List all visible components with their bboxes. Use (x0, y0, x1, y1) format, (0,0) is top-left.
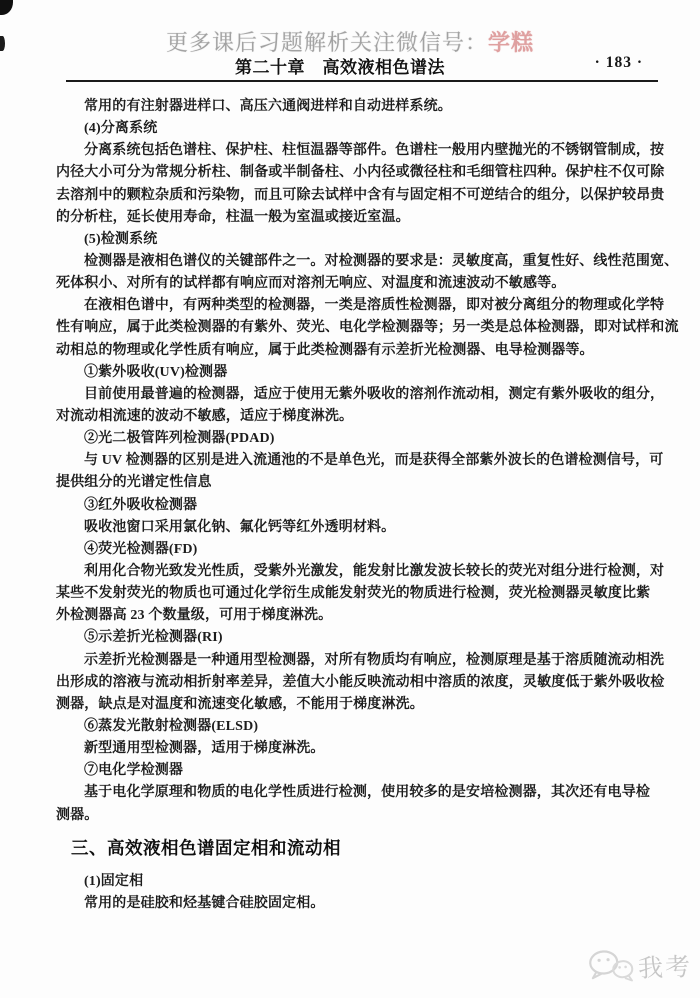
page-number: · 183 · (595, 54, 643, 72)
body-line: ⑦电化学检测器 (56, 760, 672, 782)
body-line: (1)固定相 (56, 871, 672, 893)
body-line: 性有响应，属于此类检测器的有紫外、荧光、电化学检测器等；另一类是总体检测器，即对… (56, 317, 672, 339)
body-line: 内径大小可分为常规分析柱、制备或半制备柱、小内径或微径柱和毛细管柱四种。保护柱不… (56, 162, 672, 184)
body-line: 吸收池窗口采用氯化钠、氟化钙等红外透明材料。 (56, 517, 672, 539)
body-line: 常用的有注射器进样口、高压六通阀进样和自动进样系统。 (56, 96, 672, 118)
body-line: 常用的是硅胶和烃基键合硅胶固定相。 (56, 893, 672, 915)
body-line: ⑥蒸发光散射检测器(ELSD) (56, 716, 672, 738)
scan-artifact-corner (0, 0, 13, 15)
body-line: 死体积小、对所有的试样都有响应而对溶剂无响应、对温度和流速波动不敏感等。 (56, 273, 672, 295)
body-line: 基于电化学原理和物质的电化学性质进行检测，使用较多的是安培检测器，其次还有电导检 (56, 782, 672, 804)
promo-brand: 学糕 (488, 30, 534, 55)
chapter-header-row: 第二十章 高效液相色谱法 · 183 · (0, 53, 700, 77)
header-rule-divider (66, 80, 658, 82)
body-line: 新型通用型检测器，适用于梯度淋洗。 (56, 738, 672, 760)
body-line: 提供组分的光谱定性信息 (56, 472, 672, 494)
scanned-textbook-page: { "header": { "promo_prefix": "更多课后习题解析关… (0, 0, 700, 998)
chapter-title: 第二十章 高效液相色谱法 (0, 53, 680, 78)
wechat-logo-icon (588, 948, 634, 984)
body-line: 动相总的物理或化学性质有响应，属于此类检测器有示差折光检测器、电导检测器等。 (56, 340, 672, 362)
section-heading: 三、高效液相色谱固定相和流动相 (56, 835, 672, 861)
promo-text: 更多课后习题解析关注微信号： (166, 30, 488, 55)
page-body: 常用的有注射器进样口、高压六通阀进样和自动进样系统。(4)分离系统分离系统包括色… (56, 96, 672, 915)
body-line: ③红外吸收检测器 (56, 495, 672, 517)
body-line: 出形成的溶液与流动相折射率差异，差值大小能反映流动相中溶质的浓度，灵敏度低于紫外… (56, 672, 672, 694)
body-line: 对流动相流速的波动不敏感，适应于梯度淋洗。 (56, 406, 672, 428)
body-line: 测器，缺点是对温度和流速变化敏感，不能用于梯度淋洗。 (56, 694, 672, 716)
body-line: 在液相色谱中，有两种类型的检测器，一类是溶质性检测器，即对被分离组分的物理或化学… (56, 295, 672, 317)
watermark-label: 我考 (637, 947, 692, 985)
body-line: 目前使用最普遍的检测器，适应于使用无紫外吸收的溶剂作流动相，测定有紫外吸收的组分… (56, 384, 672, 406)
body-line: 检测器是液相色谱仪的关键部件之一。对检测器的要求是：灵敏度高，重复性好、线性范围… (56, 251, 672, 273)
body-line: 测器。 (56, 805, 672, 827)
body-line: 与 UV 检测器的区别是进入流通池的不是单色光，而是获得全部紫外波长的色谱检测信… (56, 450, 672, 472)
body-line: ①紫外吸收(UV)检测器 (56, 362, 672, 384)
body-line: 分离系统包括色谱柱、保护柱、柱恒温器等部件。色谱柱一般用内壁抛光的不锈钢管制成，… (56, 140, 672, 162)
body-line: 外检测器高 23 个数量级，可用于梯度淋洗。 (56, 605, 672, 627)
body-line: 利用化合物光致发光性质，受紫外光激发，能发射比激发波长较长的荧光对组分进行检测，… (56, 561, 672, 583)
body-line: ④荧光检测器(FD) (56, 539, 672, 561)
body-line: 某些不发射荧光的物质也可通过化学衍生成能发射荧光的物质进行检测，荧光检测器灵敏度… (56, 583, 672, 605)
body-line: 示差折光检测器是一种通用型检测器，对所有物质均有响应，检测原理是基于溶质随流动相… (56, 650, 672, 672)
body-line: 的分析柱，延长使用寿命，柱温一般为室温或接近室温。 (56, 207, 672, 229)
body-line: ②光二极管阵列检测器(PDAD) (56, 428, 672, 450)
body-line: (4)分离系统 (56, 118, 672, 140)
body-line: (5)检测系统 (56, 229, 672, 251)
footer-watermark: 我考 (588, 948, 692, 984)
body-line: ⑤示差折光检测器(RI) (56, 627, 672, 649)
body-line: 去溶剂中的颗粒杂质和污染物，而且可除去试样中含有与固定相不可逆结合的组分，以保护… (56, 185, 672, 207)
